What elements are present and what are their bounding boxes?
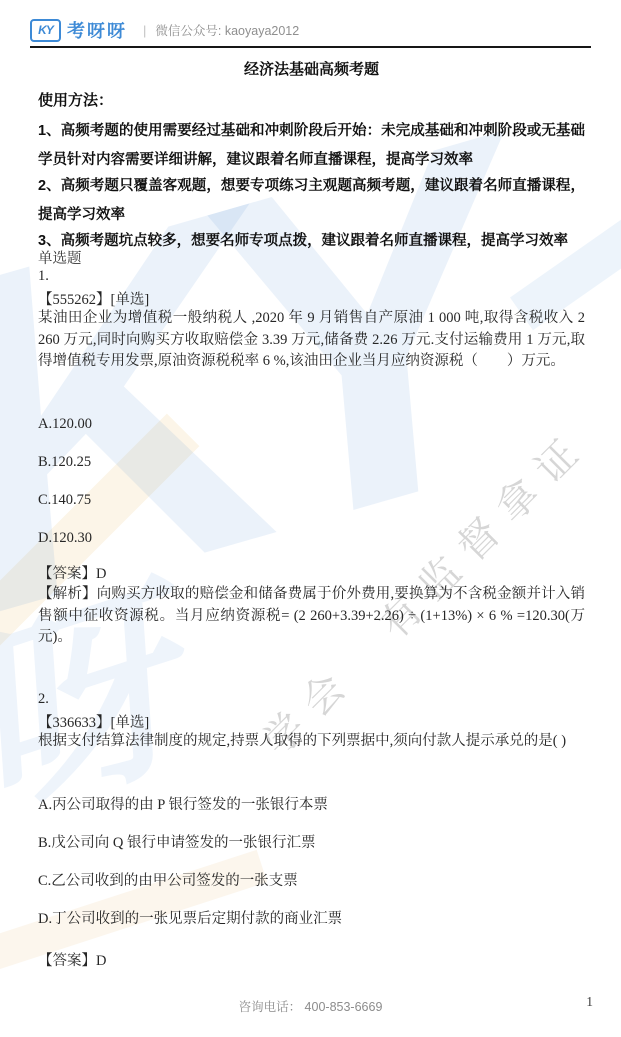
answer-line: 【答案】D	[38, 562, 585, 583]
header-divider	[30, 46, 591, 48]
option-item: B.120.25	[38, 454, 585, 475]
analysis-text: 【解析】向购买方收取的赔偿金和储备费属于价外费用,要换算为不含税金额并计入销售额…	[38, 584, 585, 649]
brand-logo-text: 考呀呀	[67, 17, 127, 43]
document-page: KY 呀 学会 有监督拿证 KY 考呀呀 | 微信公众号: kaoyaya201…	[0, 0, 621, 1037]
footer-phone: 咨询电话： 400-853-6669	[0, 997, 621, 1015]
doc-title: 经济法基础高频考题	[38, 58, 585, 79]
option-item: D.120.30	[38, 530, 585, 551]
option-item: A.丙公司取得的由 P 银行签发的一张银行本票	[38, 793, 585, 814]
page-header: KY 考呀呀 | 微信公众号: kaoyaya2012	[30, 17, 591, 43]
option-item: C.乙公司收到的由甲公司签发的一张支票	[38, 869, 585, 890]
question-id: 【555262】[单选]	[38, 288, 585, 309]
options-list: A.丙公司取得的由 P 银行签发的一张银行本票 B.戊公司向 Q 银行申请签发的…	[38, 793, 585, 945]
option-item: C.140.75	[38, 492, 585, 513]
section-label: 单选题	[38, 247, 585, 268]
brand-logo-icon: KY	[30, 19, 61, 42]
answer-line: 【答案】D	[38, 949, 585, 970]
instruction-item: 1、高频考题的使用需要经过基础和冲刺阶段后开始：未完成基础和冲刺阶段或无基础学员…	[38, 117, 585, 175]
content-layer: KY 考呀呀 | 微信公众号: kaoyaya2012 经济法基础高频考题 使用…	[0, 0, 621, 1037]
question-id: 【336633】[单选]	[38, 711, 585, 732]
usage-heading: 使用方法：	[38, 89, 585, 110]
option-item: D.丁公司收到的一张见票后定期付款的商业汇票	[38, 907, 585, 928]
instruction-item: 2、高频考题只覆盖客观题，想要专项练习主观题高频考题，建议跟着名师直播课程，提高…	[38, 172, 585, 230]
question-number: 2.	[38, 691, 585, 708]
question-stem: 某油田企业为增值税一般纳税人 ,2020 年 9 月销售自产原油 1 000 吨…	[38, 308, 585, 373]
wechat-account-label: 微信公众号: kaoyaya2012	[155, 21, 299, 39]
options-list: A.120.00 B.120.25 C.140.75 D.120.30	[38, 416, 585, 568]
page-number: 1	[586, 994, 593, 1010]
header-separator: |	[143, 23, 146, 38]
option-item: A.120.00	[38, 416, 585, 437]
question-stem: 根据支付结算法律制度的规定,持票人取得的下列票据中,须向付款人提示承兑的是( )	[38, 731, 585, 753]
question-number: 1.	[38, 268, 585, 285]
option-item: B.戊公司向 Q 银行申请签发的一张银行汇票	[38, 831, 585, 852]
